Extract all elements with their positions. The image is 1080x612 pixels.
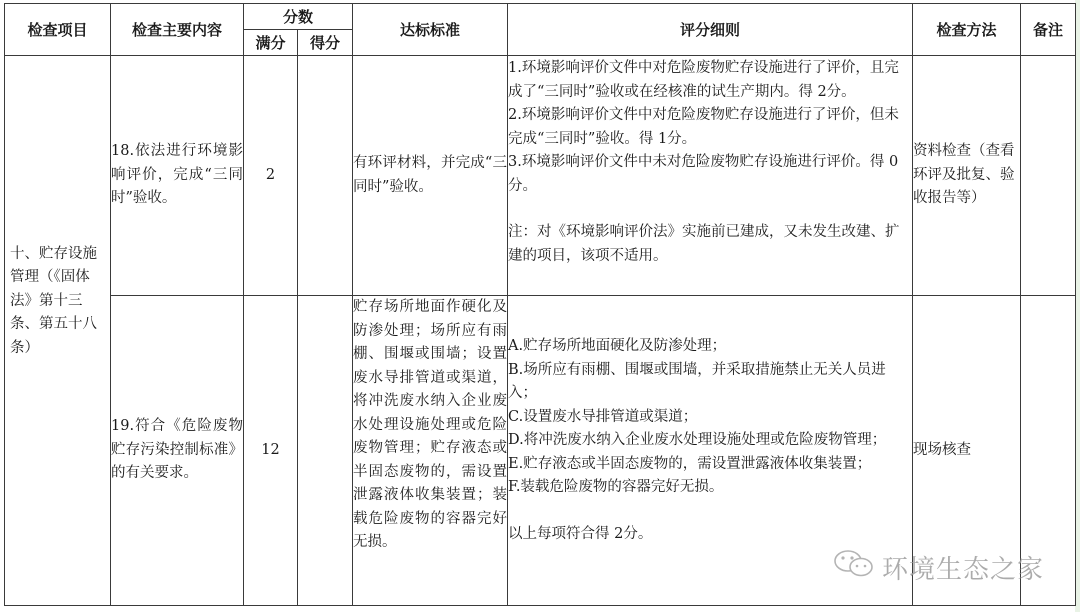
row-1-method: 资料检查（查看环评及批复、验收报告等） [913,56,1021,296]
row-2-full-score: 12 [244,296,298,606]
table-row: 19.符合《危险废物贮存污染控制标准》的有关要求。 12 贮存场所地面作硬化及防… [5,296,1076,606]
rule-line: 1.环境影响评价文件中对危险废物贮存设施进行了评价，且完成了“三同时”验收或在经… [508,57,912,104]
row-1-content: 18.依法进行环境影响评价，完成“三同时”验收。 [111,56,244,296]
header-got-score: 得分 [298,30,353,56]
rule-line: C.设置废水导排管道或渠道； [508,406,912,430]
row-1-got-score[interactable] [298,56,353,296]
row-1-standard: 有环评材料，并完成“三同时”验收。 [353,56,508,296]
row-2-rules: A.贮存场所地面硬化及防渗处理； B.场所应有雨棚、围堰或围墙，并采取措施禁止无… [508,296,913,606]
header-row-1: 检查项目 检查主要内容 分数 达标标准 评分细则 检查方法 备注 [5,4,1076,30]
header-score-group: 分数 [244,4,353,30]
header-method: 检查方法 [913,4,1021,56]
rule-note: 以上每项符合得 2分。 [508,523,912,547]
rule-line: 2.环境影响评价文件中对危险废物贮存设施进行了评价，但未完成“三同时”验收。得 … [508,104,912,151]
header-full-score: 满分 [244,30,298,56]
table-row: 十、贮存设施管理（《固体法》第十三条、第五十八条） 18.依法进行环境影响评价，… [5,56,1076,296]
rule-line: D.将冲洗废水纳入企业废水处理设施处理或危险废物管理； [508,429,912,453]
rule-line: 3.环境影响评价文件中未对危险废物贮存设施进行评价。得 0分。 [508,151,912,198]
rule-line: F.装载危险废物的容器完好无损。 [508,476,912,500]
row-2-method: 现场核查 [913,296,1021,606]
row-1-rules: 1.环境影响评价文件中对危险废物贮存设施进行了评价，且完成了“三同时”验收或在经… [508,56,913,296]
row-2-got-score[interactable] [298,296,353,606]
row-1-remark[interactable] [1021,56,1076,296]
header-standard: 达标标准 [353,4,508,56]
row-2-remark[interactable] [1021,296,1076,606]
header-rules: 评分细则 [508,4,913,56]
rule-line: A.贮存场所地面硬化及防渗处理； [508,335,912,359]
section-title-cell: 十、贮存设施管理（《固体法》第十三条、第五十八条） [5,56,111,606]
inspection-table: 检查项目 检查主要内容 分数 达标标准 评分细则 检查方法 备注 满分 得分 十… [4,3,1076,606]
section-title: 十、贮存设施管理（《固体法》第十三条、第五十八条） [10,243,106,361]
header-content: 检查主要内容 [111,4,244,56]
header-item: 检查项目 [5,4,111,56]
header-remark: 备注 [1021,4,1076,56]
rule-note: 注：对《环境影响评价法》实施前已建成，又未发生改建、扩建的项目，该项不适用。 [508,221,912,268]
rule-line: B.场所应有雨棚、围堰或围墙，并采取措施禁止无关人员进入； [508,359,912,406]
row-2-standard: 贮存场所地面作硬化及防渗处理；场所应有雨棚、围堰或围墙；设置废水导排管道或渠道，… [353,296,508,606]
row-2-content: 19.符合《危险废物贮存污染控制标准》的有关要求。 [111,296,244,606]
rule-line: E.贮存液态或半固态废物的，需设置泄露液体收集装置； [508,453,912,477]
row-1-full-score: 2 [244,56,298,296]
